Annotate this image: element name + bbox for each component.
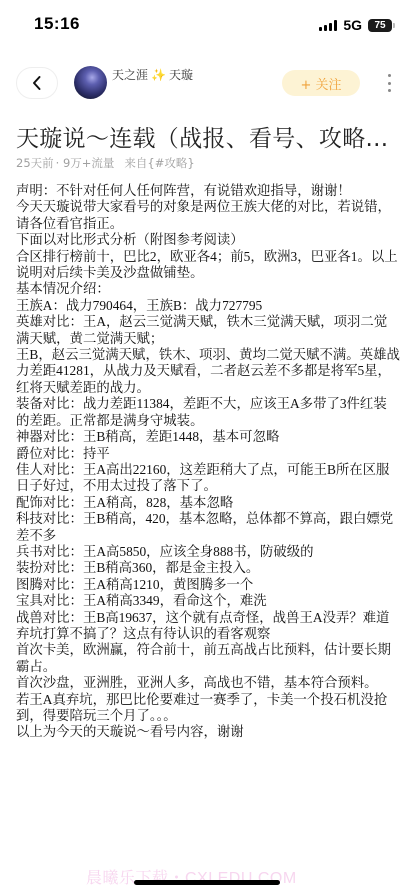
network-type: 5G (343, 17, 362, 33)
paragraph: 战兽对比：王B高19637，这个就有点奇怪，战兽王A没弄？难道弃坑打算不搞了？这… (16, 610, 400, 643)
post-body: 声明：不针对任何人任何阵营，有说错欢迎指导，谢谢！ 今天天璇说带大家看号的对象是… (16, 183, 400, 741)
more-dot (388, 82, 391, 85)
follow-button[interactable]: + 关注 (282, 70, 360, 96)
nav-bar: 天之涯 ✨ 天璇 + 关注 (0, 62, 414, 102)
status-bar: 15:16 5G 75 (0, 0, 414, 54)
status-indicators: 5G 75 (319, 17, 392, 33)
post-title: 天璇说～连载（战报、看号、攻略... (16, 120, 406, 153)
author-name[interactable]: 天之涯 ✨ 天璇 (112, 66, 193, 83)
paragraph: 声明：不针对任何人任何阵营，有说错欢迎指导，谢谢！ (16, 183, 400, 199)
paragraph: 爵位对比：持平 (16, 446, 400, 462)
paragraph: 图腾对比：王A稍高1210，黄图腾多一个 (16, 577, 400, 593)
paragraph: 首次沙盘，亚洲胜，亚洲人多，高战也不错，基本符合预料。 (16, 675, 400, 691)
avatar[interactable] (74, 66, 107, 99)
paragraph: 装备对比：战力差距11384，差距不大，应该王A多带了3件红装的差距。正常都是满… (16, 396, 400, 429)
paragraph: 合区排行榜前十，巴比2，欧亚各4；前5，欧洲3，巴亚各1。以上说明对后续卡美及沙… (16, 249, 400, 282)
more-button[interactable] (386, 72, 392, 94)
paragraph: 装扮对比：王B稍高360，都是金主投入。 (16, 560, 400, 576)
paragraph: 科技对比：王B稍高，420，基本忽略，总体都不算高，跟白嫖党差不多 (16, 511, 400, 544)
back-button[interactable] (16, 67, 58, 99)
paragraph: 基本情况介绍： (16, 281, 400, 297)
post-meta: 25天前 · 9万+流量 来自{#攻略} (16, 155, 195, 171)
paragraph: 王B，赵云三觉满天赋，铁木、项羽、黄均二觉天赋不满。英雄战力差距41281，从战… (16, 347, 400, 396)
sparkle-icon: ✨ (151, 68, 166, 82)
more-vertical-icon (388, 74, 391, 77)
home-indicator[interactable] (134, 880, 280, 885)
signal-icon (319, 20, 337, 31)
battery-icon: 75 (368, 19, 392, 32)
paragraph: 配饰对比：王A稍高，828，基本忽略 (16, 495, 400, 511)
post-views: · 9万+流量 (56, 155, 115, 171)
author-name-left: 天之涯 (112, 66, 148, 83)
paragraph: 以上为今天的天璇说～看号内容，谢谢 (16, 724, 400, 740)
paragraph: 兵书对比：王A高5850，应该全身888书，防破级的 (16, 544, 400, 560)
post-source[interactable]: 来自{#攻略} (124, 155, 194, 171)
paragraph: 若王A真弃坑，那巴比伦要难过一赛季了，卡美一个投石机没抢到，得要陪玩三个月了。。… (16, 692, 400, 725)
paragraph: 今天天璇说带大家看号的对象是两位王族大佬的对比，若说错，请各位看官指正。 (16, 199, 400, 232)
paragraph: 王族A：战力790464，王族B：战力727795 (16, 298, 400, 314)
author-name-right: 天璇 (169, 66, 193, 83)
post-time: 25天前 (16, 155, 54, 171)
paragraph: 下面以对比形式分析（附图参考阅读） (16, 232, 400, 248)
paragraph: 首次卡美，欧洲赢，符合前十，前五高战占比预料，估计要长期霸占。 (16, 642, 400, 675)
status-time: 15:16 (34, 14, 80, 34)
paragraph: 佳人对比：王A高出22160，这差距稍大了点，可能王B所在区服日子好过，不用太过… (16, 462, 400, 495)
more-dot (388, 89, 391, 92)
paragraph: 英雄对比：王A，赵云三觉满天赋，铁木三觉满天赋，项羽二觉满天赋，黄二觉满天赋； (16, 314, 400, 347)
paragraph: 宝具对比：王A稍高3349，看命这个，难洗 (16, 593, 400, 609)
chevron-left-icon (31, 75, 43, 91)
paragraph: 神器对比：王B稍高，差距1448，基本可忽略 (16, 429, 400, 445)
